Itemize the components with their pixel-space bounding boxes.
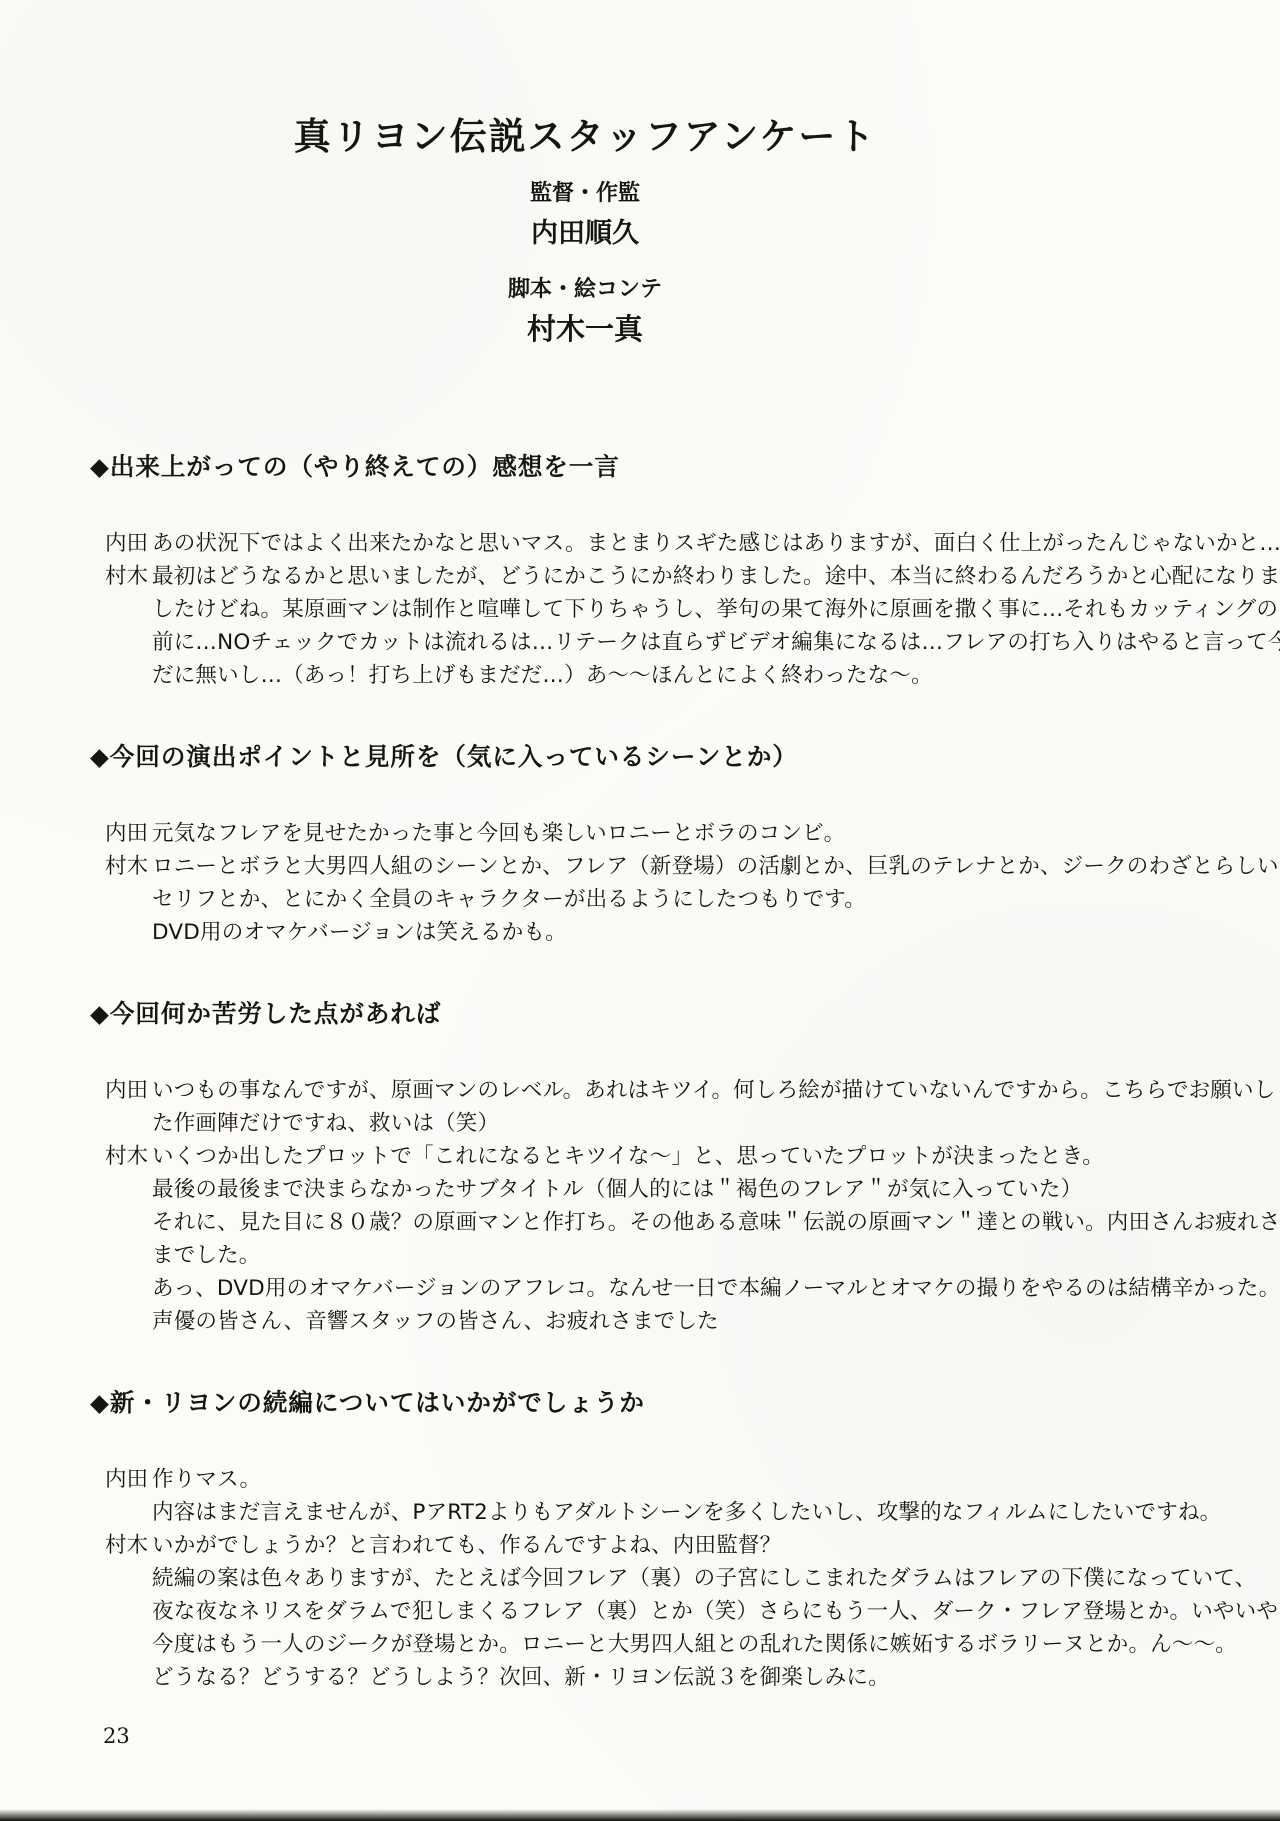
qa-entry: 内田 あの状況下ではよく出来たかなと思いマス。まとまりスギた感じはありますが、面… bbox=[105, 527, 1250, 560]
answer-line: 続編の案は色々ありますが、たとえば今回フレア（裏）の子宮にしこまれたダラムはフレ… bbox=[152, 1562, 1250, 1595]
answer-line: 作りマス。 bbox=[152, 1463, 1250, 1496]
answer-line: 元気なフレアを見せたかった事と今回も楽しいロニーとボラのコンビ。 bbox=[152, 817, 1250, 850]
answer-lines: 作りマス。 内容はまだ言えませんが、PアRT2よりもアダルトシーンを多くしたいし… bbox=[152, 1463, 1250, 1529]
answer-line: 最後の最後まで決まらなかったサブタイトル（個人的には＂褐色のフレア＂が気に入って… bbox=[152, 1173, 1250, 1206]
qa-entry: 村木 ロニーとボラと大男四人組のシーンとか、フレア（新登場）の活劇とか、巨乳のテ… bbox=[105, 850, 1250, 949]
section-heading: ◆今回何か苦労した点があれば bbox=[90, 995, 1250, 1030]
answer-lines: いつもの事なんですが、原画マンのレベル。あれはキツイ。何しろ絵が描けていないんで… bbox=[152, 1074, 1250, 1140]
answer-lines: 元気なフレアを見せたかった事と今回も楽しいロニーとボラのコンビ。 bbox=[152, 817, 1250, 850]
scanned-document-page: 真リヨン伝説スタッフアンケート 監督・作監 内田順久 脚本・絵コンテ 村木一真 … bbox=[0, 0, 1280, 1821]
answer-line: 最初はどうなるかと思いましたが、どうにかこうにか終わりました。途中、本当に終わる… bbox=[152, 560, 1250, 593]
answer-line: 前に…NOチェックでカットは流れるは…リテークは直らずビデオ編集になるは…フレア… bbox=[152, 626, 1250, 659]
speaker-label: 内田 bbox=[105, 1463, 152, 1529]
answer-lines: 最初はどうなるかと思いましたが、どうにかこうにか終わりました。途中、本当に終わる… bbox=[152, 560, 1250, 692]
answer-line: 内容はまだ言えませんが、PアRT2よりもアダルトシーンを多くしたいし、攻撃的なフ… bbox=[152, 1496, 1250, 1529]
qa-entries: 内田 あの状況下ではよく出来たかなと思いマス。まとまりスギた感じはありますが、面… bbox=[105, 527, 1250, 692]
speaker-label: 村木 bbox=[105, 1140, 152, 1338]
section-impressions: ◆出来上がっての（やり終えての）感想を一言 内田 あの状況下ではよく出来たかなと… bbox=[90, 448, 1250, 692]
qa-entry: 内田 いつもの事なんですが、原画マンのレベル。あれはキツイ。何しろ絵が描けていな… bbox=[105, 1074, 1250, 1140]
answer-line: た作画陣だけですね、救いは（笑） bbox=[152, 1107, 1250, 1140]
answer-line: だに無いし…（あっ！打ち上げもまだだ…）あ～～ほんとによく終わったな～。 bbox=[152, 659, 1250, 692]
qa-entry: 村木 いくつか出したプロットで「これになるとキツイな～」と、思っていたプロットが… bbox=[105, 1140, 1250, 1338]
answer-line: どうなる？どうする？どうしよう？次回、新・リヨン伝説３を御楽しみに。 bbox=[152, 1661, 1250, 1694]
answer-lines: いかがでしょうか？と言われても、作るんですよね、内田監督？ 続編の案は色々ありま… bbox=[152, 1529, 1250, 1694]
document-body: ◆出来上がっての（やり終えての）感想を一言 内田 あの状況下ではよく出来たかなと… bbox=[0, 448, 1280, 1694]
qa-entries: 内田 作りマス。 内容はまだ言えませんが、PアRT2よりもアダルトシーンを多くし… bbox=[105, 1463, 1250, 1694]
speaker-label: 村木 bbox=[105, 1529, 152, 1694]
document-header: 真リヨン伝説スタッフアンケート 監督・作監 内田順久 脚本・絵コンテ 村木一真 bbox=[0, 0, 1170, 348]
speaker-label: 村木 bbox=[105, 560, 152, 692]
page-number: 23 bbox=[103, 1724, 130, 1748]
scan-edge-artifact bbox=[0, 1809, 1280, 1821]
answer-line: いかがでしょうか？と言われても、作るんですよね、内田監督？ bbox=[152, 1529, 1250, 1562]
section-heading: ◆出来上がっての（やり終えての）感想を一言 bbox=[90, 448, 1250, 483]
answer-line: までした。 bbox=[152, 1239, 1250, 1272]
speaker-label: 内田 bbox=[105, 1074, 152, 1140]
section-sequel: ◆新・リヨンの続編についてはいかがでしょうか 内田 作りマス。 内容はまだ言えま… bbox=[90, 1384, 1250, 1694]
answer-line: 夜な夜なネリスをダラムで犯しまくるフレア（裏）とか（笑）さらにもう一人、ダーク・… bbox=[152, 1595, 1250, 1628]
qa-entry: 内田 作りマス。 内容はまだ言えませんが、PアRT2よりもアダルトシーンを多くし… bbox=[105, 1463, 1250, 1529]
speaker-label: 村木 bbox=[105, 850, 152, 949]
credit-name-writer: 村木一真 bbox=[0, 307, 1170, 348]
section-heading: ◆今回の演出ポイントと見所を（気に入っているシーンとか） bbox=[90, 738, 1250, 773]
answer-lines: あの状況下ではよく出来たかなと思いマス。まとまりスギた感じはありますが、面白く仕… bbox=[152, 527, 1250, 560]
answer-line: したけどね。某原画マンは制作と喧嘩して下りちゃうし、挙句の果て海外に原画を撒く事… bbox=[152, 593, 1250, 626]
credit-role-writer: 脚本・絵コンテ bbox=[0, 272, 1170, 303]
credit-role-director: 監督・作監 bbox=[0, 176, 1170, 207]
speaker-label: 内田 bbox=[105, 817, 152, 850]
answer-line: あっ、DVD用のオマケバージョンのアフレコ。なんせ一日で本編ノーマルとオマケの撮… bbox=[152, 1272, 1250, 1305]
answer-line: いくつか出したプロットで「これになるとキツイな～」と、思っていたプロットが決まっ… bbox=[152, 1140, 1250, 1173]
answer-line: セリフとか、とにかく全員のキャラクターが出るようにしたつもりです。 bbox=[152, 883, 1250, 916]
speaker-label: 内田 bbox=[105, 527, 152, 560]
qa-entry: 村木 いかがでしょうか？と言われても、作るんですよね、内田監督？ 続編の案は色々… bbox=[105, 1529, 1250, 1694]
answer-line: いつもの事なんですが、原画マンのレベル。あれはキツイ。何しろ絵が描けていないんで… bbox=[152, 1074, 1250, 1107]
qa-entries: 内田 いつもの事なんですが、原画マンのレベル。あれはキツイ。何しろ絵が描けていな… bbox=[105, 1074, 1250, 1338]
page-title: 真リヨン伝説スタッフアンケート bbox=[0, 106, 1170, 160]
credit-name-director: 内田順久 bbox=[0, 211, 1170, 250]
answer-line: ロニーとボラと大男四人組のシーンとか、フレア（新登場）の活劇とか、巨乳のテレナと… bbox=[152, 850, 1250, 883]
answer-line: あの状況下ではよく出来たかなと思いマス。まとまりスギた感じはありますが、面白く仕… bbox=[152, 527, 1250, 560]
answer-line: 声優の皆さん、音響スタッフの皆さん、お疲れさまでした bbox=[152, 1305, 1250, 1338]
section-highlights: ◆今回の演出ポイントと見所を（気に入っているシーンとか） 内田 元気なフレアを見… bbox=[90, 738, 1250, 949]
answer-line: それに、見た目に８０歳？の原画マンと作打ち。その他ある意味＂伝説の原画マン＂達と… bbox=[152, 1206, 1250, 1239]
qa-entries: 内田 元気なフレアを見せたかった事と今回も楽しいロニーとボラのコンビ。 村木 ロ… bbox=[105, 817, 1250, 949]
qa-entry: 内田 元気なフレアを見せたかった事と今回も楽しいロニーとボラのコンビ。 bbox=[105, 817, 1250, 850]
qa-entry: 村木 最初はどうなるかと思いましたが、どうにかこうにか終わりました。途中、本当に… bbox=[105, 560, 1250, 692]
section-heading: ◆新・リヨンの続編についてはいかがでしょうか bbox=[90, 1384, 1250, 1419]
section-difficulties: ◆今回何か苦労した点があれば 内田 いつもの事なんですが、原画マンのレベル。あれ… bbox=[90, 995, 1250, 1338]
answer-lines: いくつか出したプロットで「これになるとキツイな～」と、思っていたプロットが決まっ… bbox=[152, 1140, 1250, 1338]
answer-line: DVD用のオマケバージョンは笑えるかも。 bbox=[152, 916, 1250, 949]
answer-lines: ロニーとボラと大男四人組のシーンとか、フレア（新登場）の活劇とか、巨乳のテレナと… bbox=[152, 850, 1250, 949]
answer-line: 今度はもう一人のジークが登場とか。ロニーと大男四人組との乱れた関係に嫉妬するボラ… bbox=[152, 1628, 1250, 1661]
